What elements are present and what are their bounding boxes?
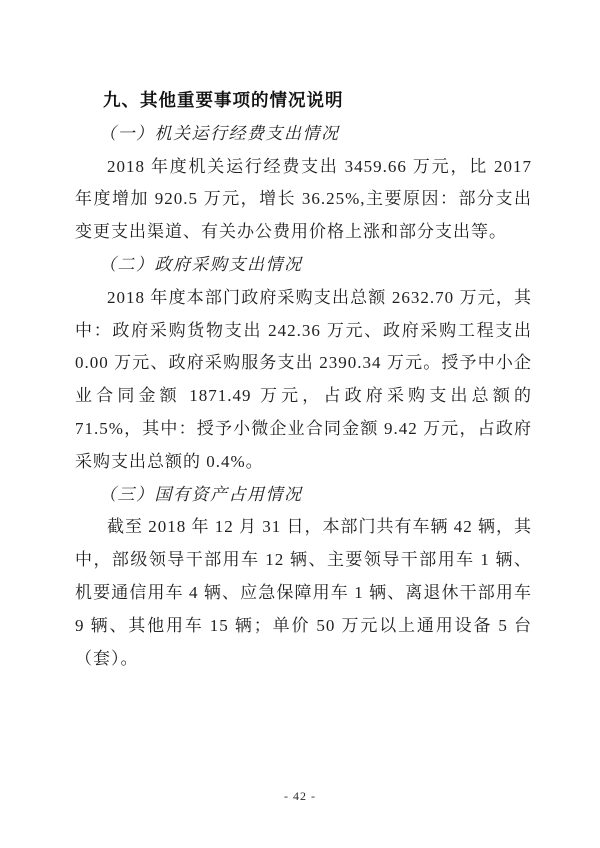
document-heading: 九、其他重要事项的情况说明 bbox=[75, 85, 532, 118]
document-content: 九、其他重要事项的情况说明 （一）机关运行经费支出情况 2018 年度机关运行经… bbox=[75, 85, 532, 675]
document-page: 九、其他重要事项的情况说明 （一）机关运行经费支出情况 2018 年度机关运行经… bbox=[0, 0, 600, 848]
section-title-2: （二）政府采购支出情况 bbox=[75, 249, 532, 282]
section-title-1: （一）机关运行经费支出情况 bbox=[75, 118, 532, 151]
page-number: - 42 - bbox=[0, 789, 600, 804]
section-paragraph-3: 截至 2018 年 12 月 31 日，本部门共有车辆 42 辆，其中，部级领导… bbox=[75, 511, 532, 675]
section-title-3: （三）国有资产占用情况 bbox=[75, 479, 532, 512]
section-paragraph-2: 2018 年度本部门政府采购支出总额 2632.70 万元，其中：政府采购货物支… bbox=[75, 282, 532, 479]
section-paragraph-1: 2018 年度机关运行经费支出 3459.66 万元，比 2017 年度增加 9… bbox=[75, 151, 532, 249]
